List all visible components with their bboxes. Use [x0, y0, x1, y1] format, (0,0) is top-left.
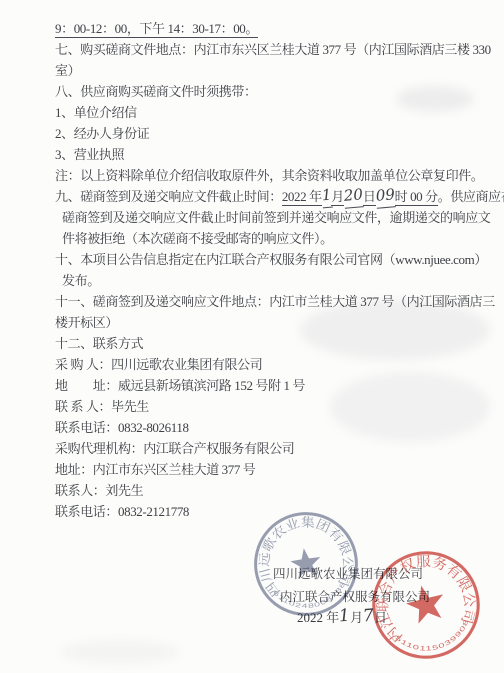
item-9-line-1: 九、磋商签到及递交响应文件截止时间：2022 年1月20日09时 00 分。供应… [55, 186, 494, 207]
item-12-heading: 十二、联系方式 [55, 333, 494, 354]
item-10-line-1: 十、本项目公告信息指定在内江联合产权服务有限公司官网（www.njuee.com… [55, 249, 494, 270]
buyer-phone-line: 联系电话：0832-8026118 [55, 417, 494, 438]
text-segment: 日 [363, 189, 376, 206]
item-8-list-2: 2、经办人身份证 [55, 123, 494, 144]
seal-registration-number: 5110115039908 [393, 616, 476, 660]
text-segment: 联系电话：0832-2121778 [55, 504, 189, 519]
text-segment: 月 [350, 610, 363, 625]
text-segment: 9：00-12：00，下午 14：30-17：00。 [55, 21, 258, 38]
item-7-line-1: 七、购买磋商文件地点：内江市东兴区兰桂大道 377 号（内江国际酒店三楼 330 [55, 39, 494, 60]
office-hours-line: 9：00-12：00，下午 14：30-17：00。 [55, 18, 494, 39]
agency-phone-line: 联系电话：0832-2121778 [55, 501, 494, 522]
item-8-list-3: 3、营业执照 [55, 144, 494, 165]
text-segment: 九、磋商签到及递交响应文件截止时间： [55, 189, 282, 204]
text-segment: 采 购 人：四川远歌农业集团有限公司 [55, 357, 262, 372]
buyer-name-line: 采 购 人：四川远歌农业集团有限公司 [55, 354, 494, 375]
text-segment: 八、供应商购买磋商文件时须携带： [55, 84, 257, 99]
text-segment: 时 00 分 [395, 189, 438, 206]
scan-smudge [60, 640, 180, 664]
text-segment: 发布。 [62, 273, 100, 288]
text-segment: 采购代理机构：内江联合产权服务有限公司 [55, 441, 294, 456]
text-segment: 联 系 人：毕先生 [55, 399, 149, 414]
text-segment: 磋商签到及递交响应文件截止时间前签到并递交响应文件，逾期递交的响应文 [62, 210, 490, 225]
item-9-line-2: 磋商签到及递交响应文件截止时间前签到并递交响应文件，逾期递交的响应文 [55, 207, 494, 228]
text-segment: 联系人：刘先生 [55, 483, 143, 498]
item-7-line-2: 室） [55, 60, 494, 81]
text-segment: 3、营业执照 [55, 147, 124, 162]
scanned-document-page: 9：00-12：00，下午 14：30-17：00。七、购买磋商文件地点：内江市… [0, 0, 504, 673]
item-11-line-2: 楼开标区） [55, 312, 494, 333]
item-9-line-3: 件将被拒绝（本次磋商不接受邮寄的响应文件）。 [55, 228, 494, 249]
text-segment: 十一、磋商签到及递交响应文件地点：内江市兰桂大道 377 号（内江国际酒店三 [55, 294, 495, 309]
handwritten-text: 1 [338, 606, 351, 627]
handwritten-text: 20 [343, 184, 364, 209]
document-body: 9：00-12：00，下午 14：30-17：00。七、购买磋商文件地点：内江市… [55, 18, 494, 522]
item-10-line-2: 发布。 [55, 270, 494, 291]
text-segment: 十二、联系方式 [55, 336, 143, 351]
text-segment: 室） [55, 63, 80, 78]
agency-address-line: 地址：内江市东兴区兰桂大道 377 号 [55, 459, 494, 480]
text-segment: 2022 年 [297, 610, 339, 625]
handwritten-text: 7 [362, 606, 375, 627]
text-segment: 地址：内江市东兴区兰桂大道 377 号 [55, 462, 255, 477]
item-8-heading: 八、供应商购买磋商文件时须携带： [55, 81, 494, 102]
text-segment: 注：以上资料除单位介绍信收取原件外，其余资料收取加盖单位公章复印件。 [55, 168, 483, 183]
text-segment: 楼开标区） [55, 315, 118, 330]
text-segment: 日 [374, 610, 387, 625]
signature-agency-company: 内江联合产权服务有限公司 [280, 587, 430, 605]
text-segment: 七、购买磋商文件地点：内江市东兴区兰桂大道 377 号（内江国际酒店三楼 330 [55, 42, 491, 57]
text-segment: 2022 年 [282, 189, 322, 206]
text-segment: 1、单位介绍信 [55, 105, 137, 120]
agency-name-line: 采购代理机构：内江联合产权服务有限公司 [55, 438, 494, 459]
handwritten-text: 1 [321, 185, 333, 209]
buyer-contact-line: 联 系 人：毕先生 [55, 396, 494, 417]
text-segment: 2、经办人身份证 [55, 126, 149, 141]
signature-date: 2022 年1月7日 [297, 607, 387, 627]
item-8-list-1: 1、单位介绍信 [55, 102, 494, 123]
text-segment: 月 [331, 189, 344, 206]
text-segment: 件将被拒绝（本次磋商不接受邮寄的响应文件）。 [62, 231, 333, 246]
text-segment: 地 址：威远县新场镇滨河路 152 号附 1 号 [55, 378, 305, 393]
handwritten-text: 09 [374, 184, 395, 209]
signature-buyer-company: 四川远歌农业集团有限公司 [273, 564, 423, 582]
agency-contact-line: 联系人：刘先生 [55, 480, 494, 501]
text-segment: 十、本项目公告信息指定在内江联合产权服务有限公司官网（www.njuee.com… [55, 252, 487, 267]
item-8-note: 注：以上资料除单位介绍信收取原件外，其余资料收取加盖单位公章复印件。 [55, 165, 494, 186]
buyer-address-line: 地 址：威远县新场镇滨河路 152 号附 1 号 [55, 375, 494, 396]
text-segment: 联系电话：0832-8026118 [55, 420, 189, 435]
item-11-line-1: 十一、磋商签到及递交响应文件地点：内江市兰桂大道 377 号（内江国际酒店三 [55, 291, 494, 312]
text-segment: 。供应商应在 [438, 189, 504, 204]
